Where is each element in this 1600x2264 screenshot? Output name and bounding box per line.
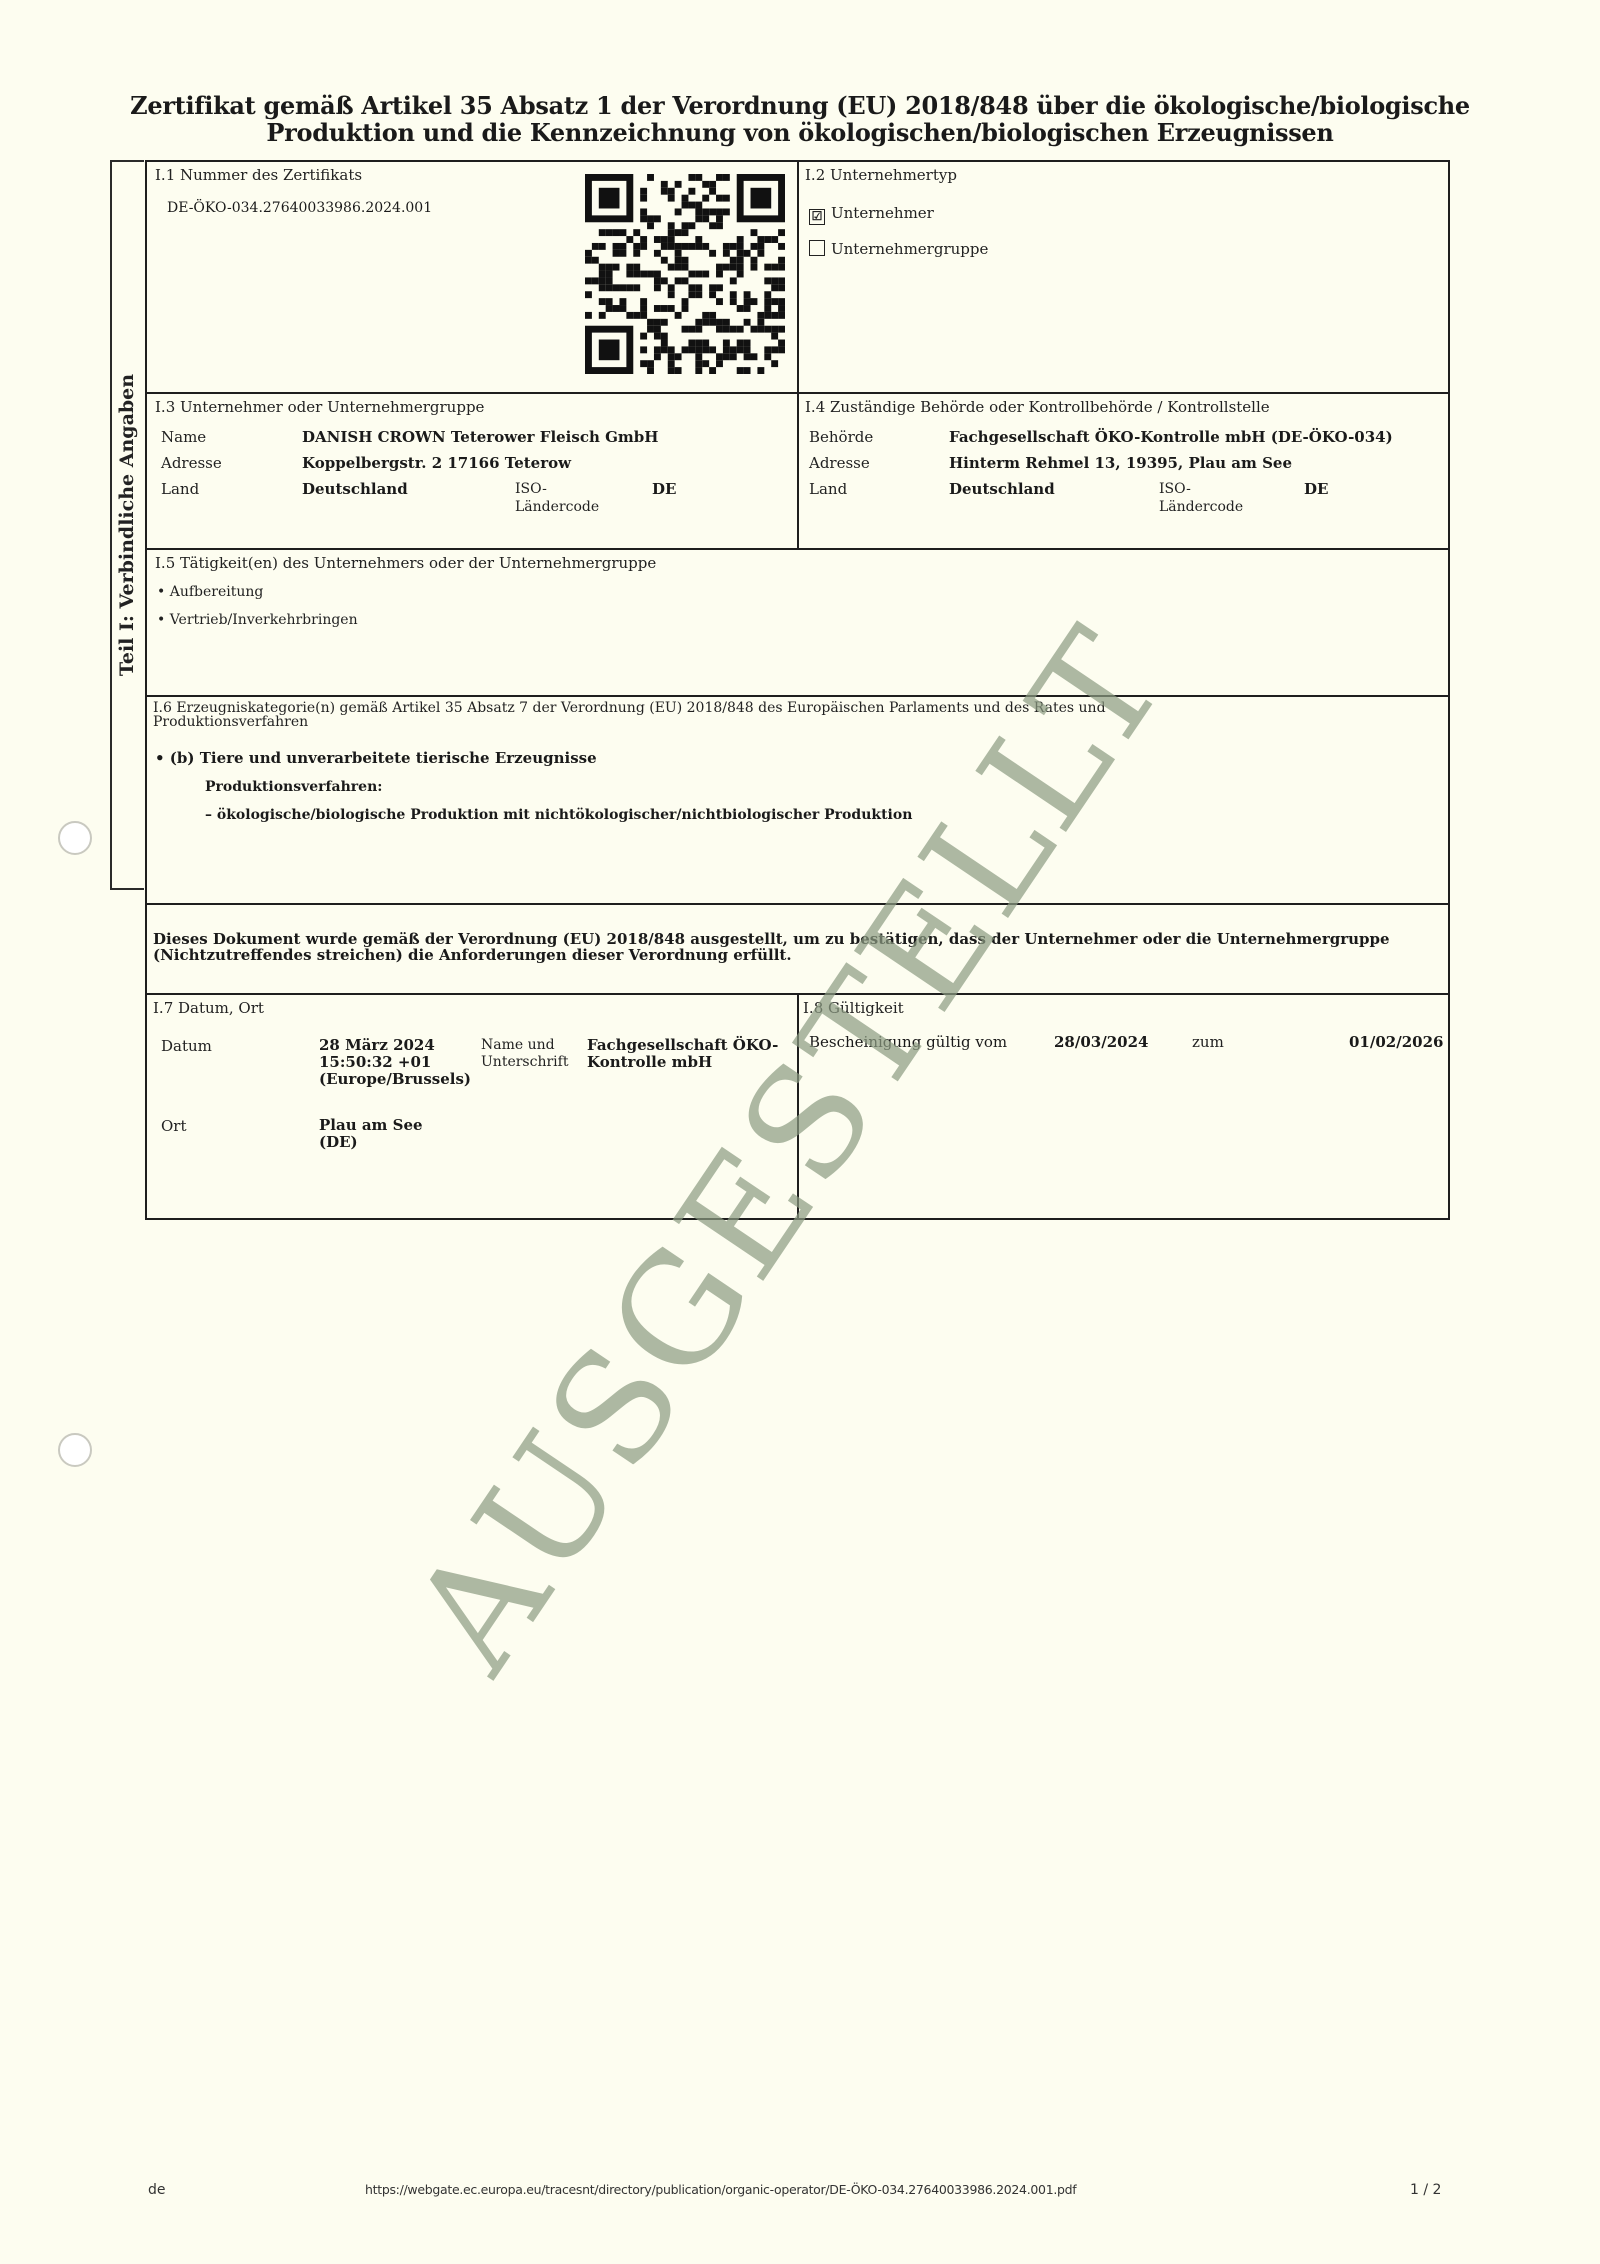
certificate-number: DE-ÖKO-034.27640033986.2024.001 [167, 200, 432, 216]
activity-item: • Vertrieb/Inverkehrbringen [157, 612, 358, 628]
date-label: Datum [161, 1037, 212, 1055]
row-1-1-1-2: I.1 Nummer des Zertifikats DE-ÖKO-034.27… [145, 160, 1450, 394]
authority-iso-label: ISO-Ländercode [1159, 480, 1249, 516]
footer-url[interactable]: https://webgate.ec.europa.eu/tracesnt/di… [365, 2182, 1076, 2197]
place-value: Plau am See (DE) [319, 1117, 429, 1151]
authority-address: Hinterm Rehmel 13, 19395, Plau am See [949, 454, 1292, 472]
operator-country: Deutschland [302, 480, 408, 498]
punch-hole-icon [58, 821, 92, 855]
valid-from-date: 28/03/2024 [1054, 1033, 1148, 1051]
section-1-5-heading: I.5 Tätigkeit(en) des Unternehmers oder … [155, 554, 656, 572]
checkbox-unchecked-icon[interactable] [809, 240, 825, 256]
authority-address-label: Adresse [809, 454, 870, 472]
authority-country: Deutschland [949, 480, 1055, 498]
section-product-categories: I.6 Erzeugniskategorie(n) gemäß Artikel … [145, 695, 1450, 905]
section-1-3-heading: I.3 Unternehmer oder Unternehmergruppe [155, 398, 484, 416]
section-operator: I.3 Unternehmer oder Unternehmergruppe N… [147, 392, 799, 548]
authority-iso: DE [1304, 480, 1328, 498]
address-label: Adresse [161, 454, 222, 472]
footer-page-number: 1 / 2 [1410, 2182, 1441, 2198]
statement-line-2: (Nichtzutreffendes streichen) die Anford… [153, 947, 1390, 963]
section-1-4-heading: I.4 Zuständige Behörde oder Kontrollbehö… [805, 398, 1270, 416]
date-value: 28 März 2024 15:50:32 +01 (Europe/Brusse… [319, 1037, 469, 1088]
statement-text: Dieses Dokument wurde gemäß der Verordnu… [153, 931, 1390, 963]
section-certificate-number: I.1 Nummer des Zertifikats DE-ÖKO-034.27… [147, 162, 799, 392]
valid-to-label: zum [1192, 1033, 1224, 1051]
name-label: Name [161, 428, 206, 446]
section-1-6-heading-line-1: I.6 Erzeugniskategorie(n) gemäß Artikel … [153, 701, 1106, 715]
part-label: Teil I: Verbindliche Angaben [116, 374, 138, 676]
title-line-1: Zertifikat gemäß Artikel 35 Absatz 1 der… [100, 92, 1500, 119]
title-line-2: Produktion und die Kennzeichnung von öko… [100, 119, 1500, 146]
row-1-3-1-4: I.3 Unternehmer oder Unternehmergruppe N… [145, 392, 1450, 550]
activity-item: • Aufbereitung [157, 584, 263, 600]
section-1-6-heading-line-2: Produktionsverfahren [153, 715, 1106, 729]
option-operator-group[interactable]: Unternehmergruppe [809, 240, 988, 258]
section-1-6-heading: I.6 Erzeugniskategorie(n) gemäß Artikel … [153, 701, 1106, 729]
operator-address: Koppelbergstr. 2 17166 Teterow [302, 454, 571, 472]
certificate-title: Zertifikat gemäß Artikel 35 Absatz 1 der… [100, 92, 1500, 146]
production-method: – ökologische/biologische Produktion mit… [205, 807, 912, 823]
section-activities: I.5 Tätigkeit(en) des Unternehmers oder … [145, 548, 1450, 697]
country-label: Land [161, 480, 199, 498]
section-authority: I.4 Zuständige Behörde oder Kontrollbehö… [799, 392, 1448, 548]
place-label: Ort [161, 1117, 187, 1135]
option-operator-label: Unternehmer [831, 204, 934, 222]
statement-line-1: Dieses Dokument wurde gemäß der Verordnu… [153, 931, 1390, 947]
iso-label: ISO-Ländercode [515, 480, 605, 516]
operator-iso: DE [652, 480, 676, 498]
signature-label: Name und Unterschrift [481, 1037, 561, 1071]
operator-name: DANISH CROWN Teterower Fleisch GmbH [302, 428, 658, 446]
checkbox-checked-icon[interactable]: ☑ [809, 209, 825, 225]
product-category: • (b) Tiere und unverarbeitete tierische… [155, 749, 597, 767]
section-operator-type: I.2 Unternehmertyp ☑Unternehmer Unterneh… [799, 162, 1448, 392]
authority-label: Behörde [809, 428, 873, 446]
qr-code-icon [585, 174, 785, 374]
production-method-label: Produktionsverfahren: [205, 779, 382, 795]
valid-to-date: 01/02/2026 [1349, 1033, 1443, 1051]
section-1-2-heading: I.2 Unternehmertyp [805, 166, 957, 184]
option-operator[interactable]: ☑Unternehmer [809, 204, 934, 225]
punch-hole-icon [58, 1433, 92, 1467]
authority-country-label: Land [809, 480, 847, 498]
authority-name: Fachgesellschaft ÖKO-Kontrolle mbH (DE-Ö… [949, 428, 1393, 446]
option-operator-group-label: Unternehmergruppe [831, 240, 988, 258]
footer-language: de [148, 2182, 166, 2198]
section-1-7-heading: I.7 Datum, Ort [153, 999, 264, 1017]
section-1-1-heading: I.1 Nummer des Zertifikats [155, 166, 362, 184]
